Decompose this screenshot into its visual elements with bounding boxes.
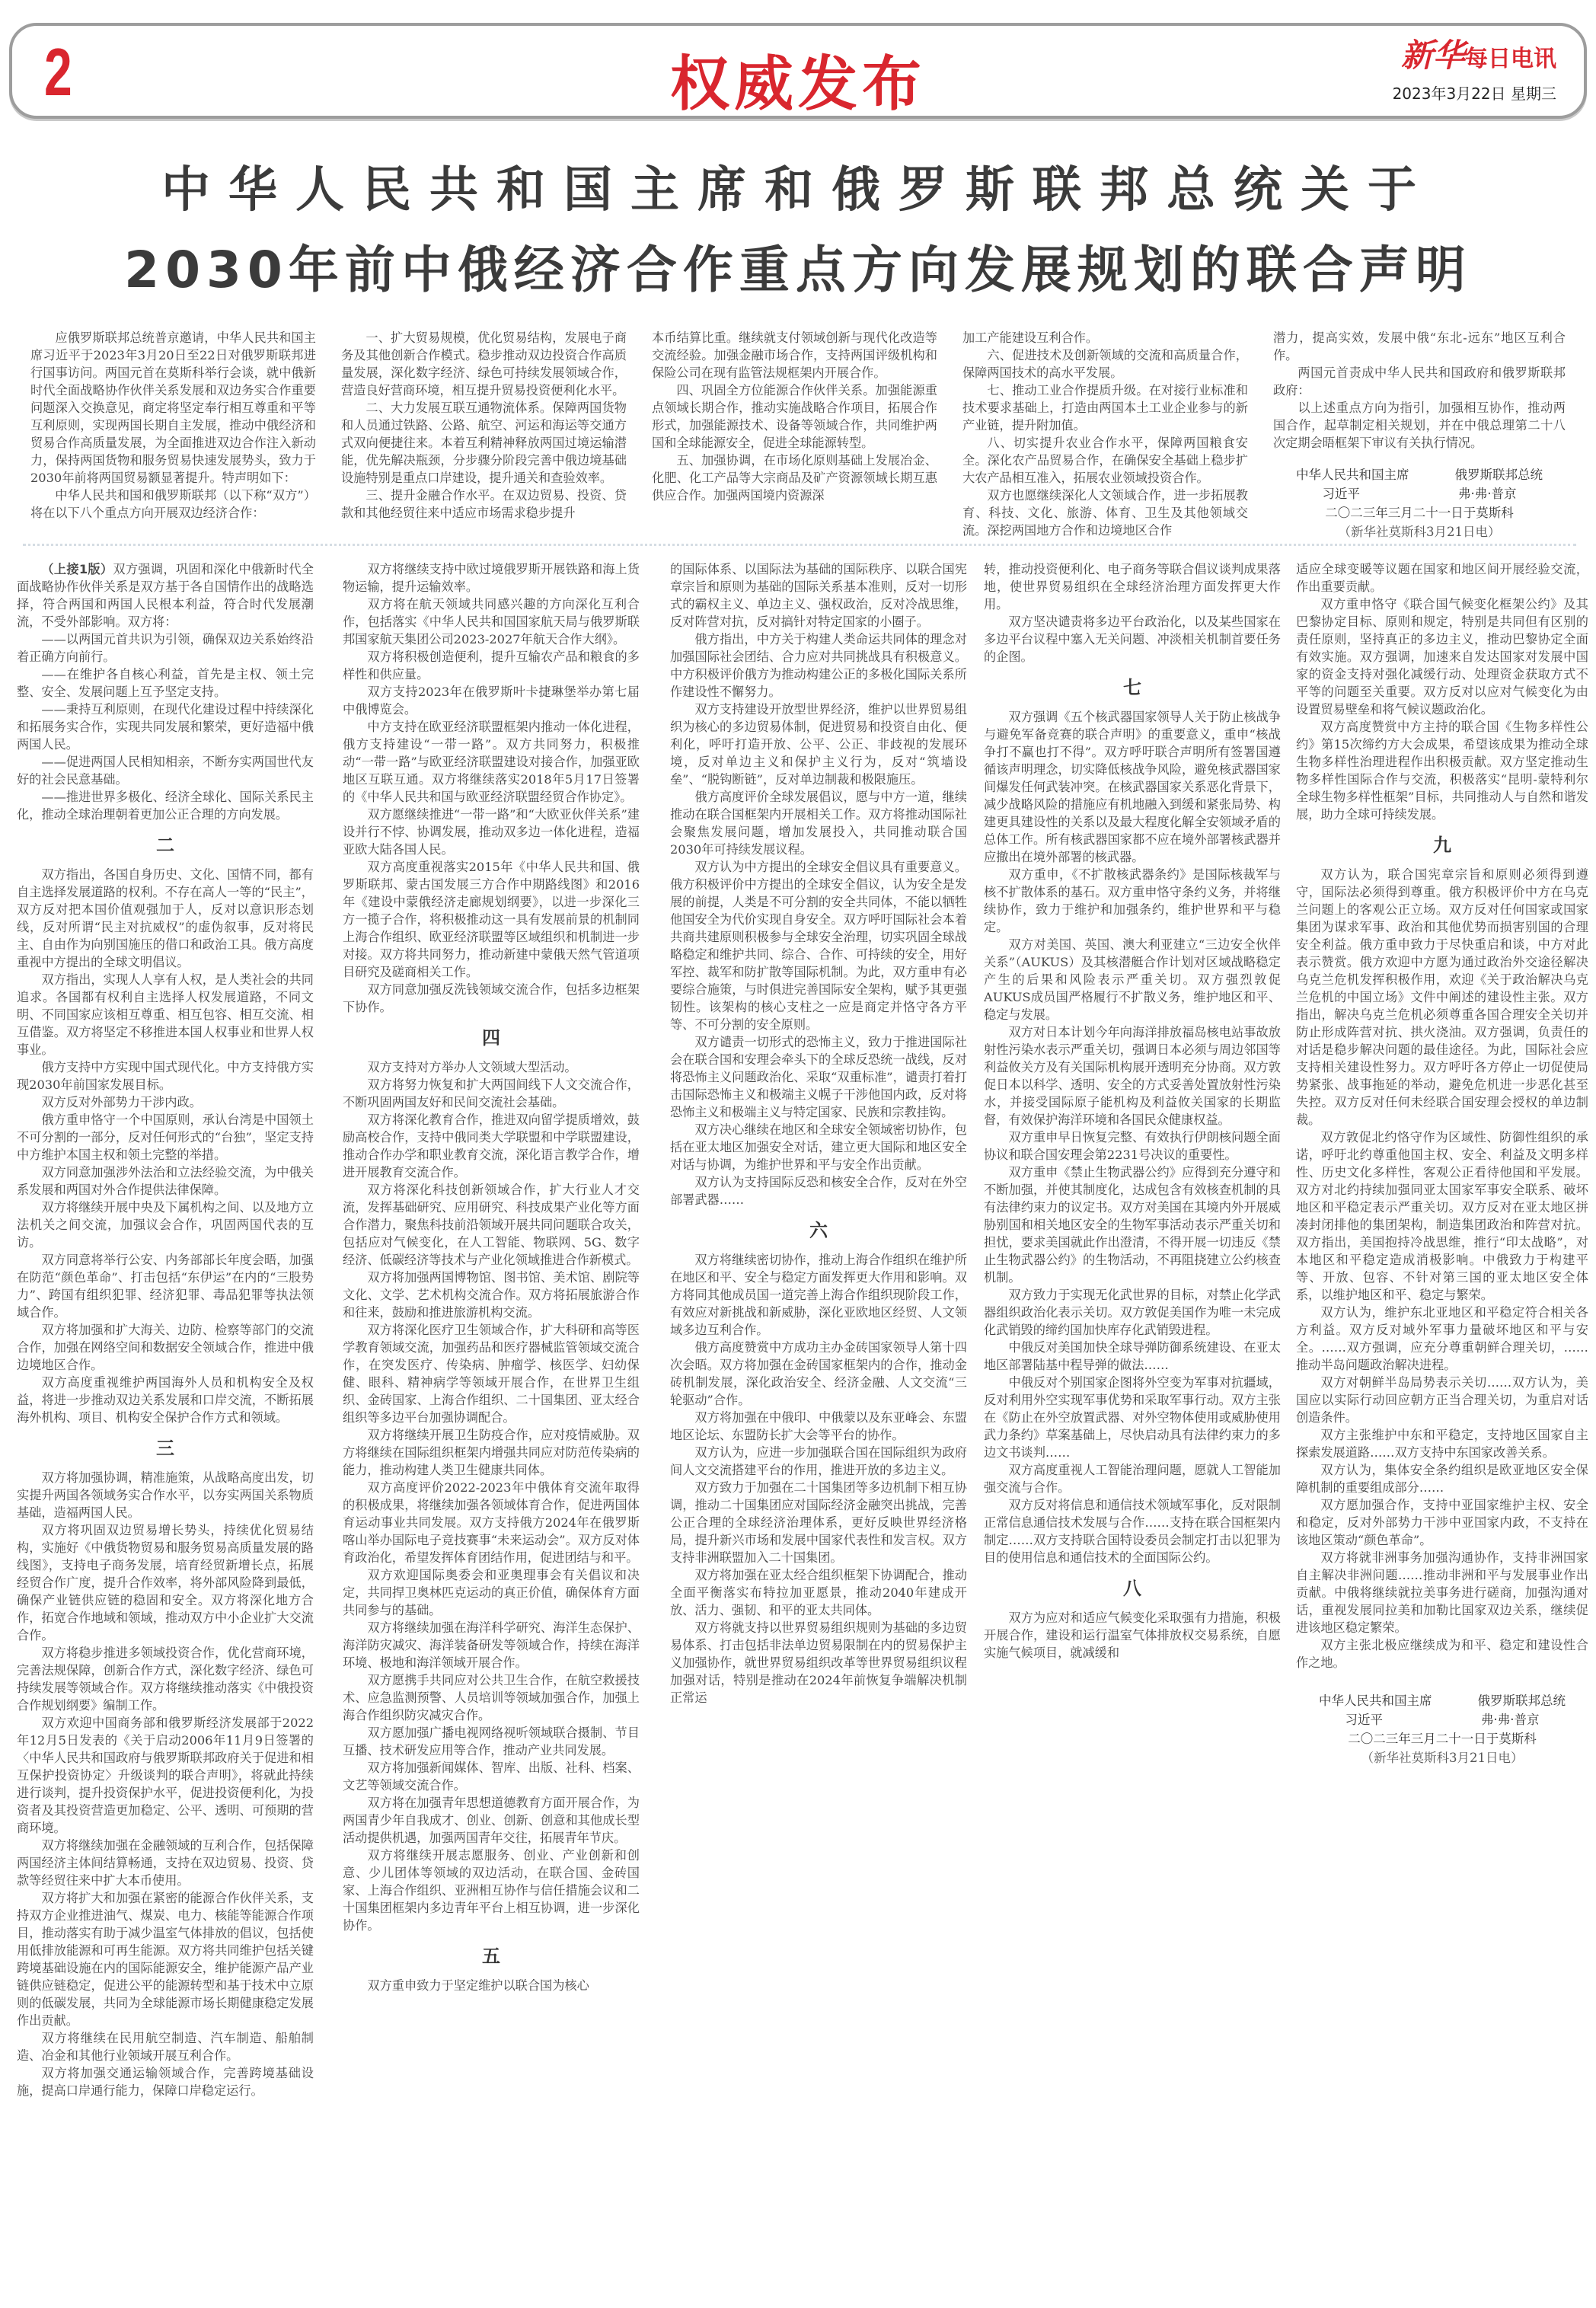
paragraph: 双方认为，集体安全条约组织是欧亚地区安全保障机制的重要组成部分…… <box>1296 1461 1588 1496</box>
paragraph: ——促进两国人民相知相亲，不断夯实两国世代友好的社会民意基础。 <box>17 753 314 788</box>
paragraph: 双方将继续开展志愿服务、创业、产业创新和创意、少儿团体等领域的双边活动，在联合国… <box>343 1847 640 1934</box>
paragraph: 双方将加强在亚太经合组织框架下协调配合，推动全面平衡落实布特拉加亚愿景，推动20… <box>670 1566 967 1619</box>
top-column-4: 加工产能建设互利合作。六、促进技术及创新领域的交流和高质量合作，保障两国技术的高… <box>962 329 1248 542</box>
signatory-title-russia: 俄罗斯联邦总统 <box>1455 465 1543 484</box>
paragraph: 双方对日本计划今年向海洋排放福岛核电站事故放射性污染水表示严重关切，强调日本必须… <box>984 1023 1281 1128</box>
paragraph: 双方将巩固双边贸易增长势头，持续优化贸易结构，实施好《中俄货物贸易和服务贸易高质… <box>17 1521 314 1644</box>
paragraph: 双方高度重视维护两国海外人员和机构安全及权益，将进一步推动双边关系发展和口岸交流… <box>17 1374 314 1426</box>
issue-date: 2023年3月22日 星期三 <box>1393 81 1556 104</box>
paragraph: 本币结算比重。继续就支付领域创新与现代化改造等交流经验。加强金融市场合作，支持两… <box>652 329 937 381</box>
paragraph: 双方将继续支持中欧过境俄罗斯开展铁路和海上货物运输，提升运输效率。 <box>343 560 640 595</box>
paragraph: 俄方重申恪守一个中国原则，承认台湾是中国领土不可分割的一部分，反对任何形式的“台… <box>17 1111 314 1164</box>
top-column-5: 潜力，提高实效，发展中俄“东北-远东”地区互利合作。两国元首责成中华人民共和国政… <box>1273 329 1566 542</box>
headline-line-1: 中华人民共和国主席和俄罗斯联邦总统关于 <box>0 156 1596 225</box>
section-heading: 九 <box>1296 834 1588 857</box>
top-column-2: 一、扩大贸易规模，优化贸易结构，发展电子商务及其他创新合作模式。稳步推动双边投资… <box>341 329 627 542</box>
masthead: 2 权威发布 新华每日电讯 2023年3月22日 星期三 <box>9 23 1587 119</box>
signatory-name-russia: 弗·弗·普京 <box>1458 484 1517 503</box>
paragraph: 两国元首责成中华人民共和国政府和俄罗斯联邦政府： <box>1273 364 1566 399</box>
paragraph: 双方将在航天领域共同感兴趣的方向深化互利合作，包括落实《中华人民共和国国家航天局… <box>343 595 640 648</box>
section-heading: 三 <box>17 1437 314 1460</box>
top-column-1: 应俄罗斯联邦总统普京邀请，中华人民共和国主席习近平于2023年3月20日至22日… <box>30 329 316 542</box>
paragraph: 双方也愿继续深化人文领域合作，进一步拓展教育、科技、文化、旅游、体育、卫生及其他… <box>962 487 1248 539</box>
paragraph: 双方反对外部势力干涉内政。 <box>17 1093 314 1111</box>
paragraph: 双方重申《禁止生物武器公约》应得到充分遵守和不断加强，并使其制度化，达成包含有效… <box>984 1164 1281 1286</box>
paragraph: 双方指出，实现人人享有人权，是人类社会的共同追求。各国都有权利自主选择人权发展道… <box>17 971 314 1058</box>
paragraph: 中方支持在欧亚经济联盟框架内推动一体化进程，俄方支持建设“一带一路”。双方共同努… <box>343 718 640 806</box>
paragraph: 双方高度重视落实2015年《中华人民共和国、俄罗斯联邦、蒙古国发展三方合作中期路… <box>343 858 640 981</box>
paragraph: 双方支持2023年在俄罗斯叶卡捷琳堡举办第七届中俄博览会。 <box>343 683 640 718</box>
paragraph: 应俄罗斯联邦总统普京邀请，中华人民共和国主席习近平于2023年3月20日至22日… <box>30 329 316 487</box>
paragraph: 双方将就支持以世界贸易组织规则为基础的多边贸易体系、打击包括非法单边贸易限制在内… <box>670 1619 967 1706</box>
paragraph: 的国际体系、以国际法为基础的国际秩序、以联合国宪章宗旨和原则为基础的国际关系基本… <box>670 560 967 630</box>
paragraph: 双方将继续开展卫生防疫合作，应对疫情威胁。双方将继续在国际组织框架内增强共同应对… <box>343 1426 640 1479</box>
paragraph: 双方将继续加强在海洋科学研究、海洋生态保护、海洋防灾减灾、海洋装备研发等领域合作… <box>343 1619 640 1671</box>
paragraph: 双方高度赞赏中方主持的联合国《生物多样性公约》第15次缔约方大会成果，希望该成果… <box>1296 718 1588 823</box>
signatory-name-russia: 弗·弗·普京 <box>1481 1710 1540 1729</box>
paragraph: 双方主张维护中东和平稳定，支持地区国家自主探索发展道路……双方支持中东国家改善关… <box>1296 1426 1588 1461</box>
paragraph: ——秉持互利原则，在现代化建设过程中持续深化和拓展务实合作，实现共同发展和繁荣，… <box>17 701 314 753</box>
section-heading: 五 <box>343 1945 640 1968</box>
paragraph: 五、加强协调，在市场化原则基础上发展冶金、化肥、化工产品等大宗商品及矿产资源领域… <box>652 452 937 504</box>
paragraph: 双方将稳步推进多领域投资合作，优化营商环境，完善法规保障，创新合作方式，深化数字… <box>17 1644 314 1714</box>
paragraph: 双方对朝鲜半岛局势表示关切……双方认为，美国应以实际行动回应朝方正当合理关切，为… <box>1296 1374 1588 1426</box>
newspaper-brand: 新华每日电讯 2023年3月22日 星期三 <box>1393 37 1556 104</box>
paragraph: 俄方高度赞赏中方成功主办金砖国家领导人第十四次会晤。双方将加强在金砖国家框架内的… <box>670 1339 967 1409</box>
paragraph: 双方同意将举行公安、内务部部长年度会晤，加强在防范“颜色革命”、打击包括“东伊运… <box>17 1251 314 1321</box>
paragraph: 中华人民共和国和俄罗斯联邦（以下称“双方”）将在以下八个重点方向开展双边经济合作… <box>30 487 316 522</box>
paragraph: 双方认为，应进一步加强联合国在国际组织为政府间人文交流搭建平台的作用，推进开放的… <box>670 1444 967 1479</box>
paragraph: 双方主张北极应继续成为和平、稳定和建设性合作之地。 <box>1296 1636 1588 1671</box>
paragraph: 双方认为中方提出的全球安全倡议具有重要意义。俄方积极评价中方提出的全球安全倡议，… <box>670 858 967 1033</box>
paragraph: 双方认为，联合国宪章宗旨和原则必须得到遵守，国际法必须得到尊重。俄方积极评价中方… <box>1296 866 1588 1128</box>
paragraph: 双方将加强两国博物馆、图书馆、美术馆、剧院等文化、文学、艺术机构交流合作。双方将… <box>343 1269 640 1321</box>
paragraph: 双方将深化医疗卫生领域合作，扩大科研和高等医学教育领域交流，加强药品和医疗器械监… <box>343 1321 640 1426</box>
paragraph: 双方将加强协调，精准施策，从战略高度出发，切实提升两国各领域务实合作水平，以夯实… <box>17 1469 314 1521</box>
paragraph: 双方欢迎国际奥委会和亚奥理事会有关倡议和决定，共同捍卫奥林匹克运动的真正价值，确… <box>343 1566 640 1619</box>
paragraph: 双方指出，各国自身历史、文化、国情不同，都有自主选择发展道路的权利。不存在高人一… <box>17 866 314 971</box>
paragraph: 双方高度重视人工智能治理问题，愿就人工智能加强交流与合作。 <box>984 1461 1281 1496</box>
paragraph: 以上述重点方向为指引，加强相互协作，推动两国合作，起草制定相关规划，并在中俄总理… <box>1273 399 1566 452</box>
paragraph: 双方将加强在中俄印、中俄蒙以及东亚峰会、东盟地区论坛、东盟防长扩大会等平台的协作… <box>670 1409 967 1444</box>
main-column-4: 转，推动投资便利化、电子商务等联合倡议谈判成果落地，使世界贸易组织在全球经济治理… <box>984 560 1281 2304</box>
paragraph: 双方认为支持国际反恐和核安全合作，反对在外空部署武器…… <box>670 1173 967 1208</box>
main-column-2: 双方将继续支持中欧过境俄罗斯开展铁路和海上货物运输，提升运输效率。双方将在航天领… <box>343 560 640 2304</box>
headline-line-2: 2030年前中俄经济合作重点方向发展规划的联合声明 <box>0 232 1596 308</box>
paragraph: ——以两国元首共识为引领，确保双边关系始终沿着正确方向前行。 <box>17 630 314 666</box>
paragraph: 双方致力于加强在二十国集团等多边机制下相互协调，推动二十国集团应对国际经济金融突… <box>670 1479 967 1566</box>
paragraph: 双方将加强和扩大海关、边防、检察等部门的交流合作，加强在网络空间和数据安全领域合… <box>17 1321 314 1374</box>
paragraph: 双方愿加强合作，支持中亚国家维护主权、安全和稳定，反对外部势力干涉中亚国家内政，… <box>1296 1496 1588 1549</box>
paragraph: 双方愿携手共同应对公共卫生合作，在航空救援技术、应急监测预警、人员培训等领域加强… <box>343 1671 640 1724</box>
section-heading: 四 <box>343 1026 640 1049</box>
main-signature-block: 中华人民共和国主席 俄罗斯联邦总统 习近平 弗·弗·普京 二〇二三年三月二十一日… <box>1296 1691 1588 1767</box>
lead-paragraph: （上接1版）双方强调，巩固和深化中俄新时代全面战略协作伙伴关系是双方基于各自国情… <box>17 560 314 630</box>
paragraph: 加工产能建设互利合作。 <box>962 329 1248 346</box>
paragraph: 二、大力发展互联互通物流体系。保障两国货物和人员通过铁路、公路、航空、河运和海运… <box>341 399 627 487</box>
paragraph: 双方认为，维护东北亚地区和平稳定符合相关各方利益。双方反对域外军事力量破坏地区和… <box>1296 1304 1588 1374</box>
paragraph: 双方欢迎中国商务部和俄罗斯经济发展部于2022年12月5日发表的《关于启动200… <box>17 1714 314 1837</box>
paragraph: 双方将积极创造便利，提升互输农产品和粮食的多样性和供应量。 <box>343 648 640 683</box>
paragraph: 潜力，提高实效，发展中俄“东北-远东”地区互利合作。 <box>1273 329 1566 364</box>
paragraph: 双方将继续在民用航空制造、汽车制造、船舶制造、冶金和其他行业领域开展互利合作。 <box>17 2029 314 2064</box>
paragraph: 六、促进技术及创新领域的交流和高质量合作，保障两国技术的高水平发展。 <box>962 346 1248 381</box>
paragraph: 三、提升金融合作水平。在双边贸易、投资、贷款和其他经贸往来中适应市场需求稳步提升 <box>341 487 627 522</box>
paragraph: 双方同意加强涉外法治和立法经验交流，为中俄关系发展和两国对外合作提供法律保障。 <box>17 1164 314 1199</box>
paragraph: 俄方高度评价全球发展倡议，愿与中方一道，继续推动在联合国框架内开展相关工作。双方… <box>670 788 967 858</box>
section-divider <box>23 544 1576 546</box>
dateline-source: （新华社莫斯科3月21日电） <box>1273 522 1566 541</box>
paragraph: 双方为应对和适应气候变化采取强有力措施，积极开展合作，建设和运行温室气体排放权交… <box>984 1609 1281 1662</box>
paragraph: 八、切实提升农业合作水平，保障两国粮食安全。深化农产品贸易合作，在确保安全基础上… <box>962 434 1248 487</box>
paragraph: 双方反对将信息和通信技术领域军事化，反对限制正常信息通信技术发展与合作……支持在… <box>984 1496 1281 1566</box>
paragraph: 双方敦促北约恪守作为区域性、防御性组织的承诺，呼吁北约尊重他国主权、安全、利益及… <box>1296 1128 1588 1304</box>
paragraph: 双方高度评价2022-2023年中俄体育交流年取得的积极成果，将继续加强各领域体… <box>343 1479 640 1566</box>
paragraph: 双方将加强交通运输领域合作，完善跨境基础设施，提高口岸通行能力，保障口岸稳定运行… <box>17 2064 314 2099</box>
section-heading: 六 <box>670 1219 967 1242</box>
paragraph: 双方将扩大和加强在紧密的能源合作伙伴关系，支持双方企业推进油气、煤炭、电力、核能… <box>17 1889 314 2029</box>
top-signature-block: 中华人民共和国主席 俄罗斯联邦总统 习近平 弗·弗·普京 二〇二三年三月二十一日… <box>1273 465 1566 541</box>
paragraph: 双方将继续开展中央及下属机构之间、以及地方立法机关之间交流，加强议会合作，巩固两… <box>17 1199 314 1251</box>
paragraph: 适应全球变暖等议题在国家和地区间开展经验交流，作出重要贡献。 <box>1296 560 1588 595</box>
signatory-name-china: 习近平 <box>1323 484 1361 503</box>
paragraph: 俄方指出，中方关于构建人类命运共同体的理念对加强国际社会团结、合力应对共同挑战具… <box>670 630 967 701</box>
paragraph: 双方强调《五个核武器国家领导人关于防止核战争与避免军备竞赛的联合声明》的重要意义… <box>984 708 1281 866</box>
paragraph: 七、推动工业合作提质升级。在对接行业标准和技术要求基础上，打造由两国本土工业企业… <box>962 381 1248 434</box>
paragraph: 双方重申致力于坚定维护以联合国为核心 <box>343 1977 640 1994</box>
top-column-3: 本币结算比重。继续就支付领域创新与现代化改造等交流经验。加强金融市场合作，支持两… <box>652 329 937 542</box>
paragraph: 双方坚决谴责将多边平台政治化，以及某些国家在多边平台议程中塞入无关问题、冲淡相关… <box>984 613 1281 666</box>
signatory-title-china: 中华人民共和国主席 <box>1319 1691 1432 1710</box>
paragraph: 中俄反对美国加快全球导弹防御系统建设、在亚太地区部署陆基中程导弹的做法…… <box>984 1339 1281 1374</box>
paragraph: 双方将继续密切协作，推动上海合作组织在维护所在地区和平、安全与稳定方面发挥更大作… <box>670 1251 967 1339</box>
paragraph: 俄方支持中方实现中国式现代化。中方支持俄方实现2030年前国家发展目标。 <box>17 1058 314 1093</box>
paragraph: 双方将深化教育合作，推进双向留学提质增效，鼓励高校合作，支持中俄同类大学联盟和中… <box>343 1111 640 1181</box>
signatory-title-china: 中华人民共和国主席 <box>1296 465 1409 484</box>
main-column-3: 的国际体系、以国际法为基础的国际秩序、以联合国宪章宗旨和原则为基础的国际关系基本… <box>670 560 967 2304</box>
signatory-title-russia: 俄罗斯联邦总统 <box>1478 1691 1566 1710</box>
paragraph: 双方将在加强青年思想道德教育方面开展合作，为两国青少年自我成才、创业、创新、创意… <box>343 1794 640 1847</box>
paragraph: 一、扩大贸易规模，优化贸易结构，发展电子商务及其他创新合作模式。稳步推动双边投资… <box>341 329 627 399</box>
article-headline: 中华人民共和国主席和俄罗斯联邦总统关于 2030年前中俄经济合作重点方向发展规划… <box>0 156 1596 308</box>
paragraph: 双方对美国、英国、澳大利亚建立“三边安全伙伴关系”（AUKUS）及其核潜艇合作计… <box>984 936 1281 1023</box>
paragraph: ——在维护各自核心利益，首先是主权、领土完整、安全、发展问题上互予坚定支持。 <box>17 666 314 701</box>
paragraph: 双方支持建设开放型世界经济，维护以世界贸易组织为核心的多边贸易体制，促进贸易和投… <box>670 701 967 788</box>
main-column-5: 适应全球变暖等议题在国家和地区间开展经验交流，作出重要贡献。双方重申恪守《联合国… <box>1296 560 1588 2304</box>
paragraph: 双方重申早日恢复完整、有效执行伊朗核问题全面协议和联合国安理会第2231号决议的… <box>984 1128 1281 1164</box>
brand-logo: 新华 <box>1401 37 1465 74</box>
signatory-name-china: 习近平 <box>1345 1710 1384 1729</box>
paragraph: 双方将继续加强在金融领域的互利合作，包括保障两国经济主体间结算畅通，支持在双边贸… <box>17 1837 314 1889</box>
paragraph: 双方重申，《不扩散核武器条约》是国际核裁军与核不扩散体系的基石。双方重申恪守条约… <box>984 866 1281 936</box>
paragraph: ——推进世界多极化、经济全球化、国际关系民主化，推动全球治理朝着更加公正合理的方… <box>17 788 314 823</box>
paragraph: 双方谴责一切形式的恐怖主义，致力于推进国际社会在联合国和安理会牵头下的全球反恐统… <box>670 1033 967 1121</box>
paragraph: 中俄反对个别国家企图将外空变为军事对抗疆域，反对利用外空实现军事优势和采取军事行… <box>984 1374 1281 1461</box>
signing-date-place: 二〇二三年三月二十一日于莫斯科 <box>1296 1729 1588 1748</box>
main-column-1: （上接1版）双方强调，巩固和深化中俄新时代全面战略协作伙伴关系是双方基于各自国情… <box>17 560 314 2304</box>
paragraph: 双方将深化科技创新领域合作，扩大行业人才交流，发挥基础研究、应用研究、科技成果产… <box>343 1181 640 1269</box>
paragraph: 双方愿加强广播电视网络视听领域联合摄制、节目互播、技术研发应用等合作，推动产业共… <box>343 1724 640 1759</box>
paragraph: 双方同意加强反洗钱领域交流合作，包括多边框架下协作。 <box>343 981 640 1016</box>
paragraph: 双方将加强新闻媒体、智库、出版、社科、档案、文艺等领域交流合作。 <box>343 1759 640 1794</box>
paragraph: 双方支持对方举办人文领域大型活动。 <box>343 1058 640 1076</box>
paragraph: 双方致力于实现无化武世界的目标，对禁止化学武器组织政治化表示关切。双方敦促美国作… <box>984 1286 1281 1339</box>
section-heading: 七 <box>984 676 1281 699</box>
paragraph: 四、巩固全方位能源合作伙伴关系。加强能源重点领域长期合作，推动实施战略合作项目，… <box>652 381 937 452</box>
section-title: 权威发布 <box>12 37 1584 122</box>
brand-subtitle: 每日电讯 <box>1465 46 1556 72</box>
section-heading: 二 <box>17 834 314 857</box>
paragraph: 双方重申恪守《联合国气候变化框架公约》及其巴黎协定目标、原则和规定，特别是共同但… <box>1296 595 1588 718</box>
paragraph: 双方将努力恢复和扩大两国间线下人文交流合作，不断巩固两国友好和民间交流社会基础。 <box>343 1076 640 1111</box>
continued-from-page-1-label: （上接1版） <box>41 562 113 576</box>
paragraph: 双方愿继续推进“一带一路”和“大欧亚伙伴关系”建设并行不悖、协调发展，推动双多边… <box>343 806 640 858</box>
paragraph: 转，推动投资便利化、电子商务等联合倡议谈判成果落地，使世界贸易组织在全球经济治理… <box>984 560 1281 613</box>
signing-date-place: 二〇二三年三月二十一日于莫斯科 <box>1273 503 1566 522</box>
dateline-source: （新华社莫斯科3月21日电） <box>1296 1748 1588 1767</box>
paragraph: 双方将就非洲事务加强沟通协作，支持非洲国家自主解决非洲问题……推动非洲和平与发展… <box>1296 1549 1588 1636</box>
paragraph: 双方决心继续在地区和全球安全领域密切协作，包括在亚太地区加强安全对话，建立更大国… <box>670 1121 967 1173</box>
section-heading: 八 <box>984 1577 1281 1600</box>
